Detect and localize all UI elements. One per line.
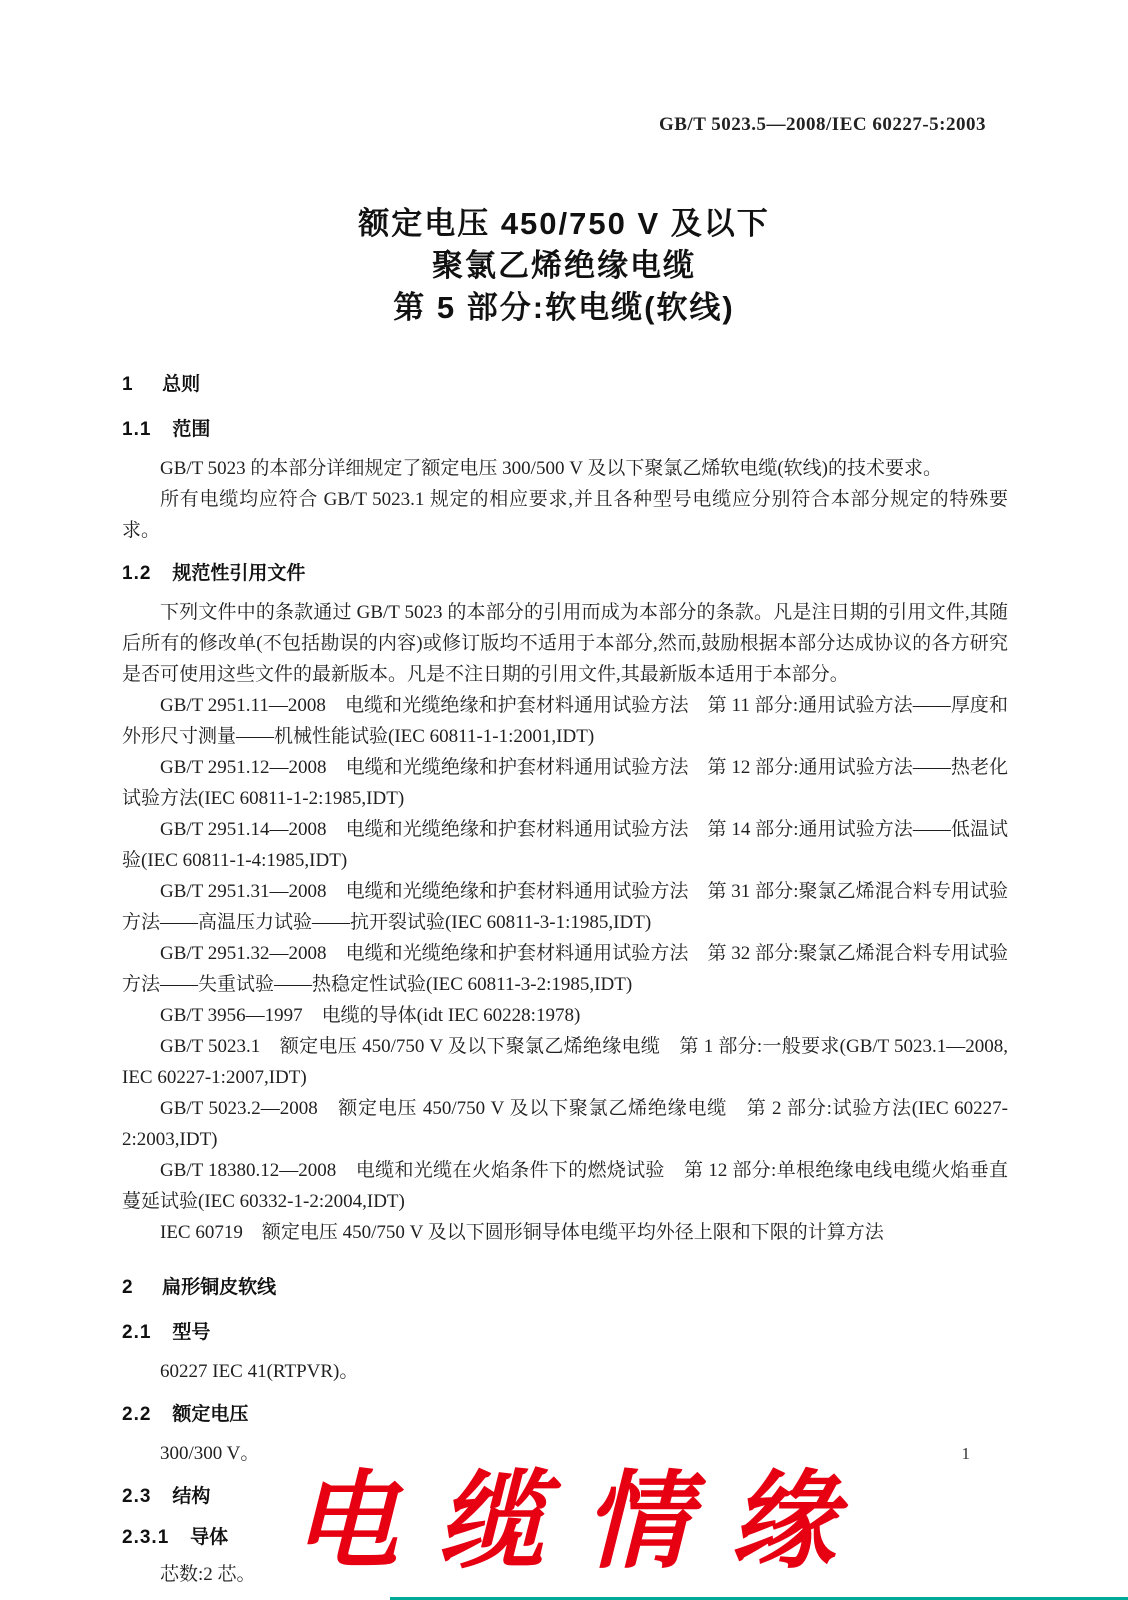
heading-title: 范围 — [172, 419, 210, 440]
watermark-text: 电缆情缘 — [252, 1470, 876, 1576]
heading-number: 2.3 — [122, 1486, 151, 1507]
document-body: 1总则1.1范围GB/T 5023 的本部分详细规定了额定电压 300/500 … — [122, 369, 1008, 1590]
paragraph: GB/T 2951.11—2008 电缆和光缆绝缘和护套材料通用试验方法 第 1… — [122, 690, 1008, 752]
paragraph: GB/T 2951.31—2008 电缆和光缆绝缘和护套材料通用试验方法 第 3… — [122, 876, 1008, 938]
paragraph: GB/T 5023.2—2008 额定电压 450/750 V 及以下聚氯乙烯绝… — [122, 1093, 1008, 1155]
heading-title: 结构 — [172, 1486, 210, 1507]
document-page: GB/T 5023.5—2008/IEC 60227-5:2003 额定电压 4… — [0, 0, 1128, 1600]
heading-number: 1.2 — [122, 563, 151, 584]
heading-title: 规范性引用文件 — [172, 563, 305, 584]
section-heading: 2.2额定电压 — [122, 1399, 1008, 1430]
paragraph: GB/T 2951.12—2008 电缆和光缆绝缘和护套材料通用试验方法 第 1… — [122, 752, 1008, 814]
paragraph: 下列文件中的条款通过 GB/T 5023 的本部分的引用而成为本部分的条款。凡是… — [122, 597, 1008, 690]
heading-number: 2 — [122, 1277, 134, 1298]
paragraph: GB/T 3956—1997 电缆的导体(idt IEC 60228:1978) — [122, 1000, 1008, 1031]
title-line-1: 额定电压 450/750 V 及以下 — [0, 203, 1128, 245]
heading-title: 导体 — [190, 1527, 228, 1548]
heading-number: 2.1 — [122, 1322, 151, 1343]
paragraph: GB/T 5023 的本部分详细规定了额定电压 300/500 V 及以下聚氯乙… — [122, 453, 1008, 484]
heading-title: 扁形铜皮软线 — [162, 1277, 276, 1298]
page-number: 1 — [962, 1444, 971, 1464]
heading-title: 额定电压 — [172, 1404, 248, 1425]
document-title: 额定电压 450/750 V 及以下 聚氯乙烯绝缘电缆 第 5 部分:软电缆(软… — [0, 0, 1128, 329]
title-line-3: 第 5 部分:软电缆(软线) — [0, 287, 1128, 329]
paragraph: IEC 60719 额定电压 450/750 V 及以下圆形铜导体电缆平均外径上… — [122, 1217, 1008, 1248]
section-heading: 1.2规范性引用文件 — [122, 558, 1008, 589]
paragraph: GB/T 2951.14—2008 电缆和光缆绝缘和护套材料通用试验方法 第 1… — [122, 814, 1008, 876]
paragraph: GB/T 2951.32—2008 电缆和光缆绝缘和护套材料通用试验方法 第 3… — [122, 938, 1008, 1000]
standard-code: GB/T 5023.5—2008/IEC 60227-5:2003 — [659, 114, 986, 136]
section-heading: 2.1型号 — [122, 1317, 1008, 1348]
heading-title: 总则 — [162, 374, 200, 395]
heading-title: 型号 — [172, 1322, 210, 1343]
section-heading: 2扁形铜皮软线 — [122, 1272, 1008, 1303]
title-line-2: 聚氯乙烯绝缘电缆 — [0, 245, 1128, 287]
paragraph: 60227 IEC 41(RTPVR)。 — [122, 1356, 1008, 1387]
section-heading: 1.1范围 — [122, 414, 1008, 445]
heading-number: 2.3.1 — [122, 1527, 169, 1548]
paragraph: GB/T 5023.1 额定电压 450/750 V 及以下聚氯乙烯绝缘电缆 第… — [122, 1031, 1008, 1093]
heading-number: 1 — [122, 374, 134, 395]
paragraph: 所有电缆均应符合 GB/T 5023.1 规定的相应要求,并且各种型号电缆应分别… — [122, 484, 1008, 546]
heading-number: 1.1 — [122, 419, 151, 440]
paragraph: GB/T 18380.12—2008 电缆和光缆在火焰条件下的燃烧试验 第 12… — [122, 1155, 1008, 1217]
section-heading: 1总则 — [122, 369, 1008, 400]
heading-number: 2.2 — [122, 1404, 151, 1425]
